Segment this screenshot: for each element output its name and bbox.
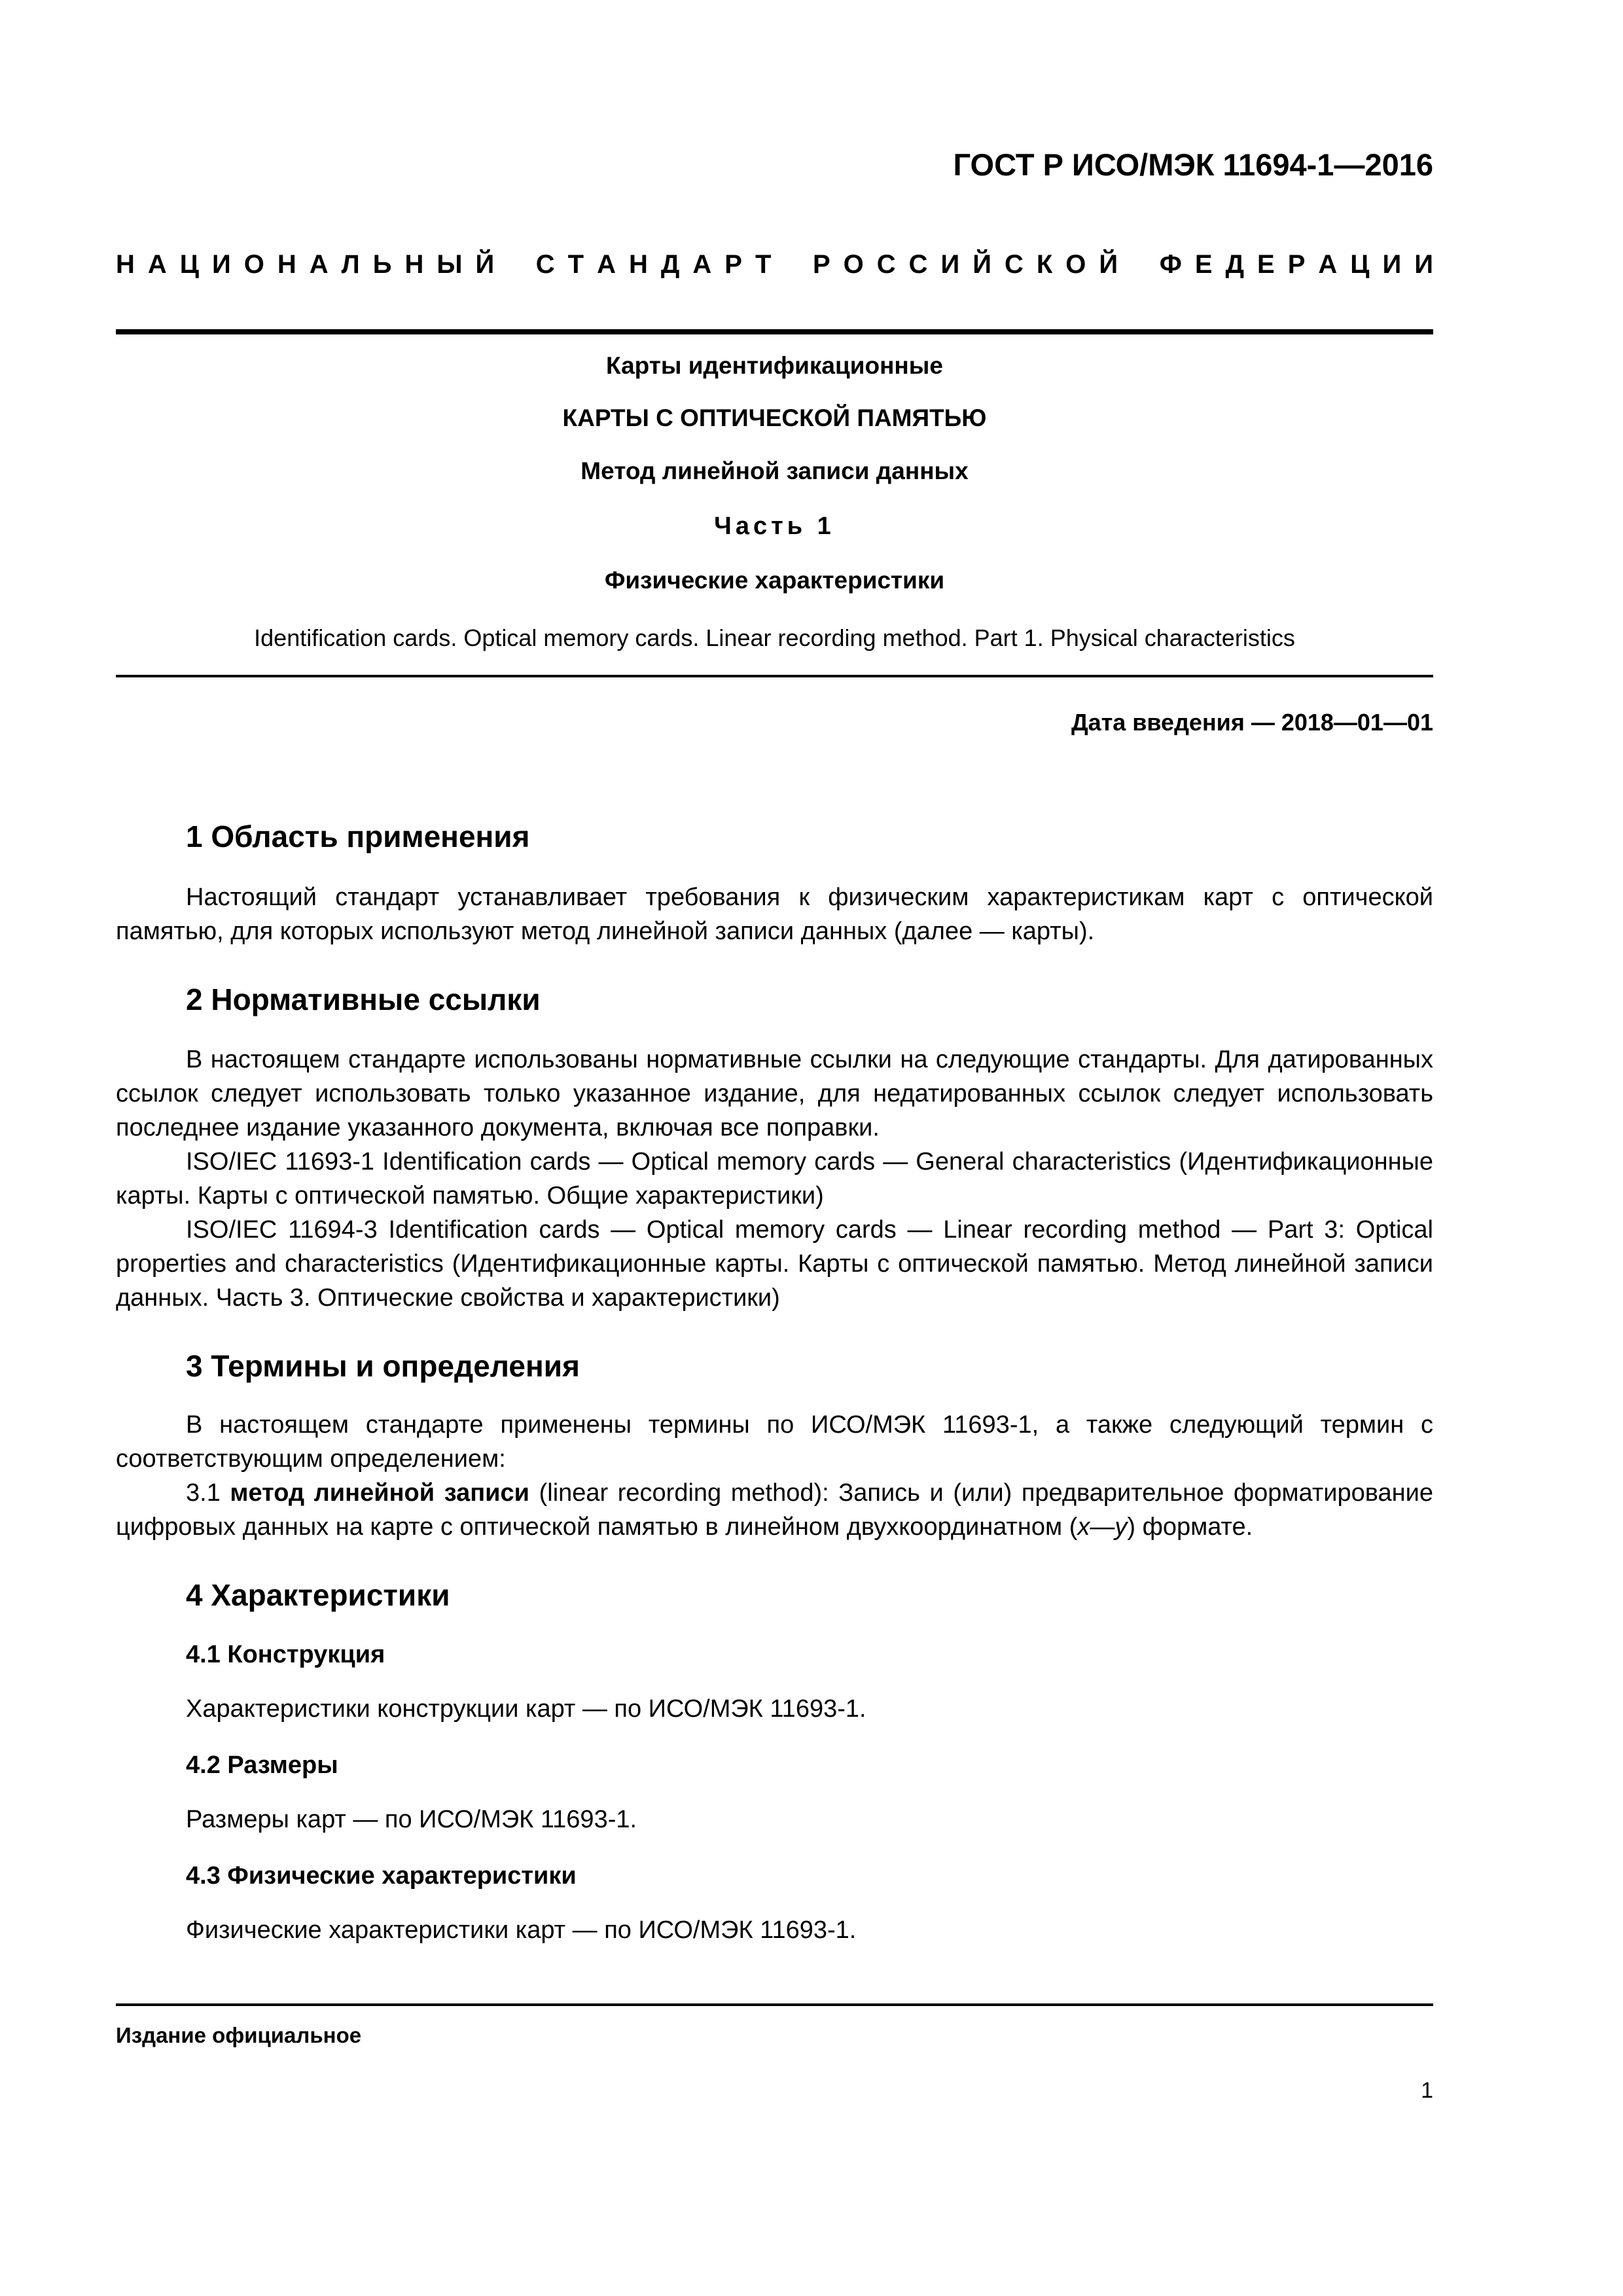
title-line-3: Метод линейной записи данных [116, 456, 1433, 487]
reference-item: ISO/IEC 11693-1 Identification cards — O… [116, 1145, 1433, 1213]
section-characteristics: 4 Характеристики 4.1 Конструкция Характе… [116, 1575, 1433, 1947]
section-terms: 3 Термины и определения В настоящем стан… [116, 1346, 1433, 1544]
term-variable: x—y [1077, 1513, 1127, 1541]
title-line-2: КАРТЫ С ОПТИЧЕСКОЙ ПАМЯТЬЮ [116, 403, 1433, 434]
paragraph: В настоящем стандарте использованы норма… [116, 1043, 1433, 1145]
part-label: Часть 1 [116, 511, 1433, 542]
effective-date: Дата введения — 2018—01—01 [116, 707, 1433, 738]
paragraph: Характеристики конструкции карт — по ИСО… [116, 1692, 1433, 1726]
section-heading: 1 Область применения [116, 817, 1433, 856]
document-code: ГОСТ Р ИСО/МЭК 11694-1—2016 [116, 145, 1433, 185]
term: метод линейной записи [230, 1479, 529, 1507]
banner-word: Р О С С И Й С К О Й [813, 247, 1118, 281]
part-title: Физические характеристики [116, 565, 1433, 596]
section-heading: 2 Нормативные ссылки [116, 980, 1433, 1019]
section-scope: 1 Область применения Настоящий стандарт … [116, 817, 1433, 948]
banner-word: Ф Е Д Е Р А Ц И И [1160, 247, 1433, 281]
subsection-heading: 4.2 Размеры [116, 1749, 1433, 1782]
banner-word: Н А Ц И О Н А Л Ь Н Ы Й [116, 247, 494, 281]
header-rule [116, 329, 1433, 334]
edition-label: Издание официальное [116, 2021, 1433, 2050]
document-page: ГОСТ Р ИСО/МЭК 11694-1—2016 Н А Ц И О Н … [116, 0, 1433, 2296]
paragraph: Настоящий стандарт устанавливает требова… [116, 880, 1433, 948]
section-heading: 4 Характеристики [116, 1575, 1433, 1615]
document-body: 1 Область применения Настоящий стандарт … [116, 817, 1433, 1947]
term-definition: 3.1 метод линейной записи (linear record… [116, 1476, 1433, 1544]
subsection-heading: 4.1 Конструкция [116, 1638, 1433, 1671]
subsection-heading: 4.3 Физические характеристики [116, 1859, 1433, 1892]
footer-rule [116, 2003, 1433, 2006]
title-line-1: Карты идентификационные [116, 350, 1433, 382]
paragraph: В настоящем стандарте применены термины … [116, 1408, 1433, 1476]
section-normative-references: 2 Нормативные ссылки В настоящем стандар… [116, 980, 1433, 1315]
paragraph: Размеры карт — по ИСО/МЭК 11693-1. [116, 1803, 1433, 1837]
page-number: 1 [116, 2076, 1433, 2105]
section-heading: 3 Термины и определения [116, 1346, 1433, 1386]
paragraph: Физические характеристики карт — по ИСО/… [116, 1913, 1433, 1947]
english-title: Identification cards. Optical memory car… [116, 622, 1433, 654]
reference-item: ISO/IEC 11694-3 Identification cards — O… [116, 1213, 1433, 1315]
national-standard-banner: Н А Ц И О Н А Л Ь Н Ы Й С Т А Н Д А Р Т … [116, 247, 1433, 281]
title-rule [116, 675, 1433, 677]
term-number: 3.1 [186, 1479, 221, 1507]
banner-word: С Т А Н Д А Р Т [536, 247, 772, 281]
term-definition-tail: ) формате. [1127, 1513, 1253, 1541]
